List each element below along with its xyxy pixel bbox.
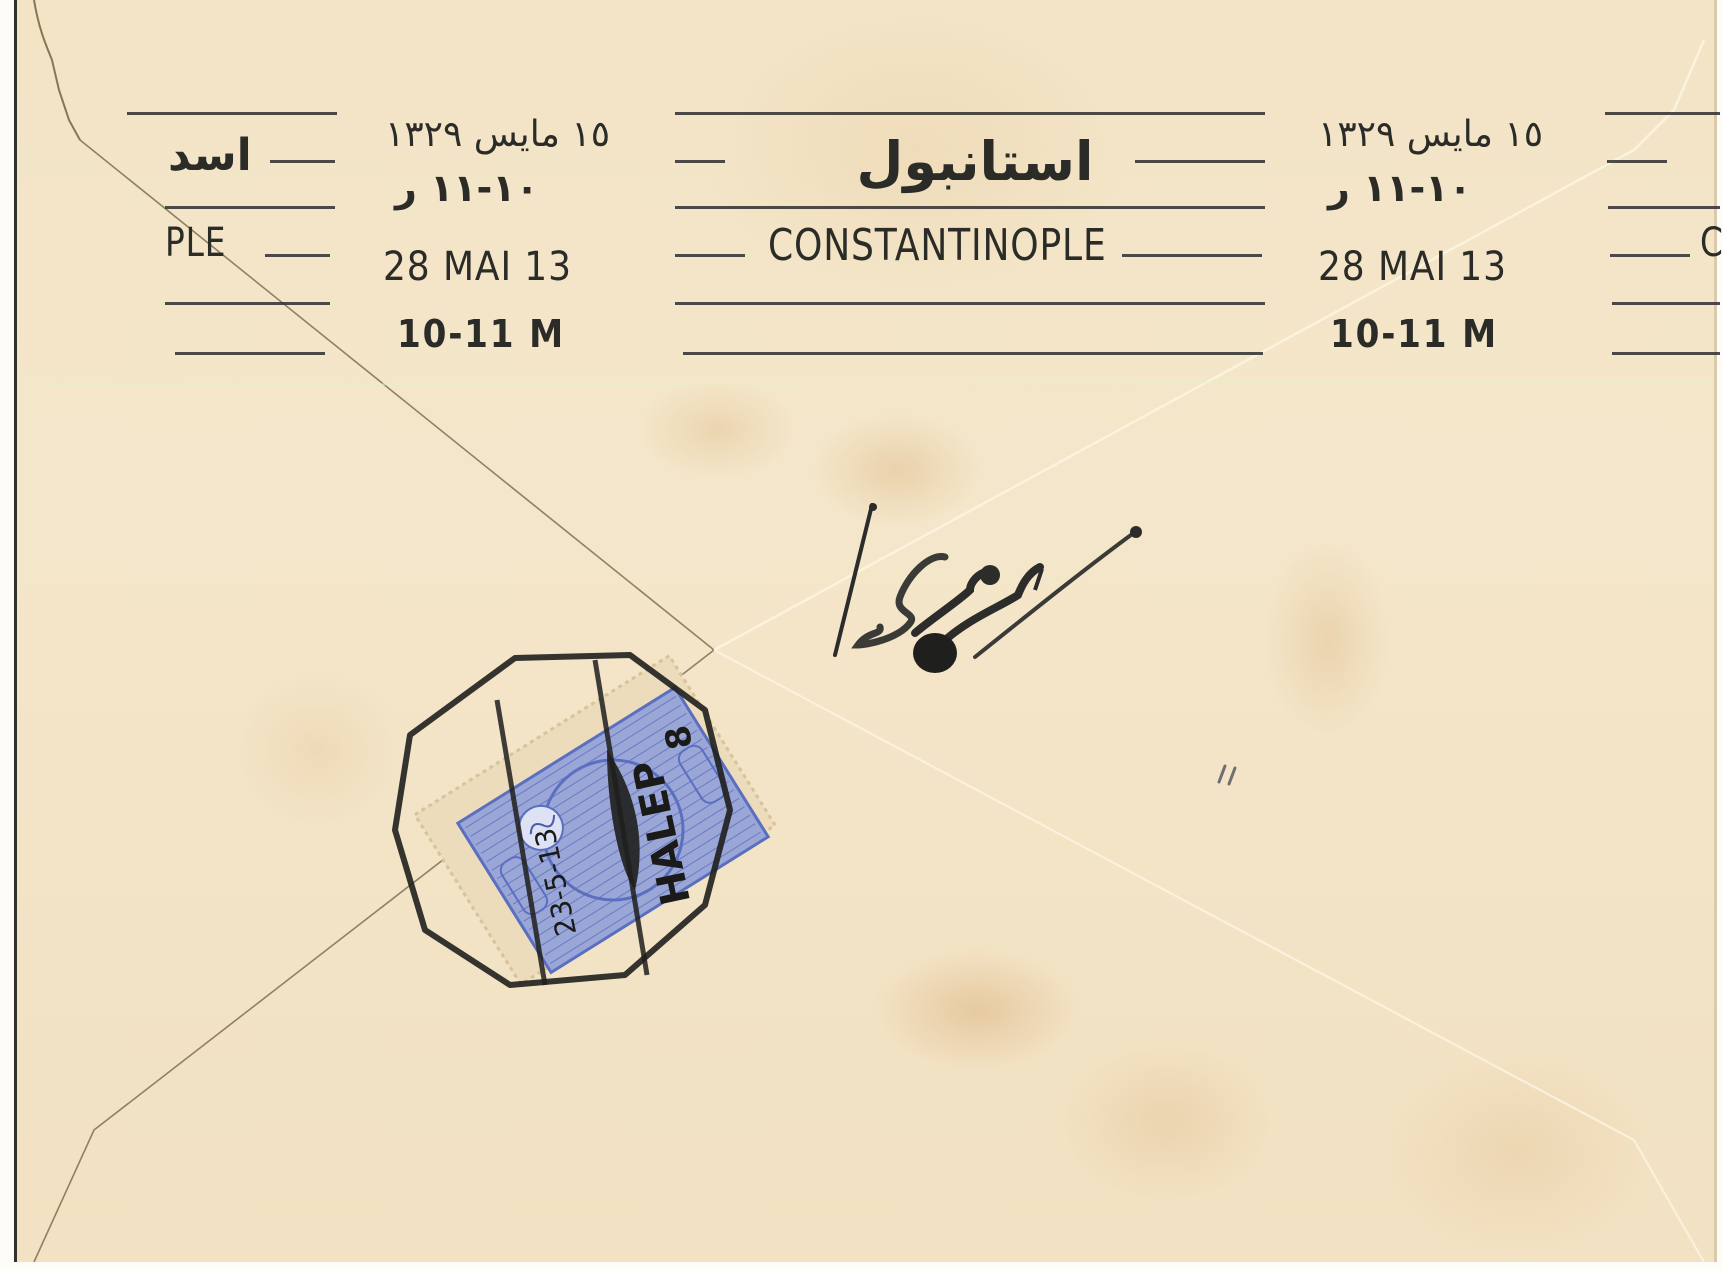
cancel-bar [270, 160, 335, 163]
cancel-bar [1607, 160, 1667, 163]
cancel-bar [675, 206, 1265, 209]
cancel-bar [675, 160, 725, 163]
cancel-city-latin-partial: PLE [165, 220, 226, 266]
cancel-city-arabic: استانبول [760, 130, 1190, 193]
cancel-bar [1612, 302, 1720, 305]
cancel-bar [675, 302, 1265, 305]
cancel-city-latin: CONSTANTINOPLE [768, 220, 1107, 271]
cancel-bar [683, 352, 1263, 355]
pencil-notation [1213, 762, 1243, 792]
cancel-bar [265, 254, 330, 257]
ottoman-stamp-icon: HALEP 8 23-5-13 [385, 640, 805, 1000]
cancel-bar [675, 112, 1265, 115]
cancel-time-arabic: ١٠-١١ ر [1328, 166, 1472, 210]
machine-cancellation: اسد PLE ١٥ مايس ١٣٢٩ ١٠-١١ ر 28 MAI 13 1… [0, 108, 1723, 358]
cancel-date-latin: 28 MAI 13 [383, 244, 572, 290]
cancel-city-arabic-partial: اسد [168, 130, 252, 181]
cancel-date-arabic: ١٥ مايس ١٣٢٩ [1318, 114, 1543, 155]
cancel-date-latin: 28 MAI 13 [1318, 244, 1507, 290]
cancel-time-arabic: ١٠-١١ ر [395, 166, 539, 210]
cancel-time-latin: 10-11 M [397, 312, 565, 356]
cancel-time-latin: 10-11 M [1330, 312, 1498, 356]
stamp-with-cancel: HALEP 8 23-5-13 [385, 640, 805, 1000]
cancel-bar [1605, 112, 1720, 115]
cancel-bar [675, 254, 745, 257]
cancel-bar [1612, 352, 1720, 355]
cancel-bar [1610, 254, 1690, 257]
cancel-bar [1122, 254, 1262, 257]
cancel-bar [165, 206, 335, 209]
cancel-bar [127, 112, 337, 115]
cancel-city-latin-partial: C [1700, 220, 1723, 266]
cancel-bar [165, 302, 330, 305]
handwritten-signature [790, 495, 1150, 675]
cancel-bar [175, 352, 325, 355]
cancel-date-arabic: ١٥ مايس ١٣٢٩ [385, 114, 610, 155]
cancel-bar [1608, 206, 1720, 209]
